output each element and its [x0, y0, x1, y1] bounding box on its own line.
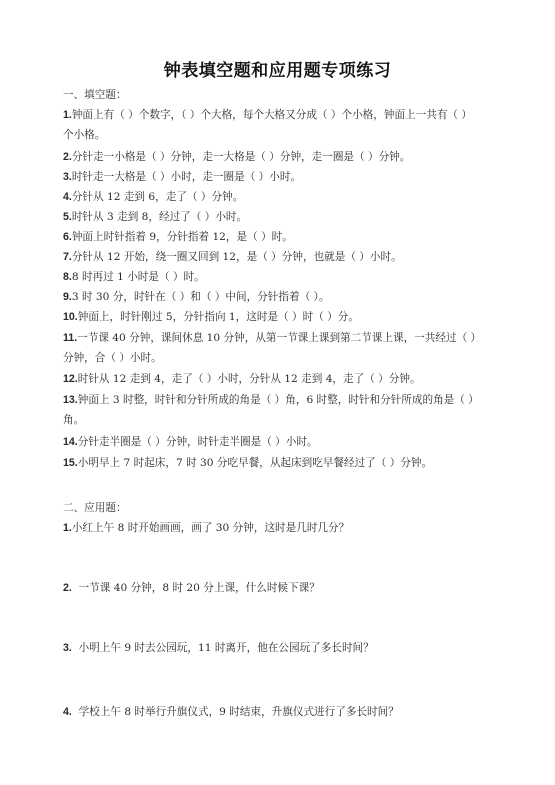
- question-3: 3.时针走一大格是（ ）小时，走一圈是（ ）小时。: [63, 170, 301, 184]
- section-heading-word-problems: 二、应用题：: [63, 501, 127, 515]
- question-text: 3 时 30 分，时针在（ ）和（ ）中间，分针指着（ ）。: [72, 291, 330, 303]
- question-8: 8.8 时再过 1 小时是（ ）时。: [63, 270, 205, 284]
- question-number: 8.: [63, 271, 72, 283]
- question-text: 小红上午 8 时开始画画，画了 30 分钟，这时是几时几分？: [72, 522, 349, 534]
- question-text: 一节课 40 分钟，8 时 20 分上课，什么时候下课？: [72, 582, 320, 594]
- question-text: 分针从 12 开始，绕一圈又回到 12，是（ ）分钟，也就是（ ）小时。: [72, 251, 402, 263]
- worksheet-page: 钟表填空题和应用题专项练习 一、填空题： 1.钟面上有（ ）个数字，（ ）个大格…: [0, 0, 555, 785]
- question-12: 12.时针从 12 走到 4，走了（ ）小时，分针从 12 走到 4，走了（ ）…: [63, 372, 421, 386]
- question-1-continued: 个小格。: [63, 128, 105, 142]
- question-number: 5.: [63, 211, 72, 223]
- question-number: 11.: [63, 332, 77, 344]
- question-number: 6.: [63, 231, 72, 243]
- question-text: 钟面上有（ ）个数字，（ ）个大格，每个大格又分成（ ）个小格，钟面上一共有（ …: [72, 109, 472, 121]
- question-13-continued: 角。: [63, 413, 84, 427]
- question-text: 8 时再过 1 小时是（ ）时。: [72, 271, 205, 283]
- question-number: 7.: [63, 251, 72, 263]
- question-text: 时针从 3 走到 8，经过了（ ）小时。: [72, 211, 247, 223]
- question-number: 2.: [63, 582, 72, 594]
- question-15: 15.小明早上 7 时起床，7 时 30 分吃早餐，从起床到吃早餐经过了（ ）分…: [63, 456, 432, 470]
- question-number: 9.: [63, 291, 72, 303]
- question-text: 钟面上 3 时整，时针和分针所成的角是（ ）角，6 时整，时针和分针所成的角是（…: [78, 394, 479, 406]
- question-text: 一节课 40 分钟，课间休息 10 分钟，从第一节课上课到第二节课上课，一共经过…: [77, 332, 481, 344]
- question-text: 小明上午 9 时去公园玩，11 时离开，他在公园玩了多长时间？: [72, 642, 374, 654]
- question-number: 10.: [63, 311, 78, 323]
- question-text: 分针从 12 走到 6，走了（ ）分钟。: [72, 191, 243, 203]
- word-problem-4: 4. 学校上午 8 时举行升旗仪式，9 时结束，升旗仪式进行了多长时间？: [63, 705, 399, 719]
- word-problem-3: 3. 小明上午 9 时去公园玩，11 时离开，他在公园玩了多长时间？: [63, 641, 374, 655]
- question-14: 14.分针走半圈是（ ）分钟，时针走半圈是（ ）小时。: [63, 435, 318, 449]
- word-problem-2: 2. 一节课 40 分钟，8 时 20 分上课，什么时候下课？: [63, 581, 320, 595]
- question-1: 1.钟面上有（ ）个数字，（ ）个大格，每个大格又分成（ ）个小格，钟面上一共有…: [63, 108, 472, 122]
- question-11: 11.一节课 40 分钟，课间休息 10 分钟，从第一节课上课到第二节课上课，一…: [63, 331, 481, 345]
- question-4: 4.分针从 12 走到 6，走了（ ）分钟。: [63, 190, 243, 204]
- question-6: 6.钟面上时针指着 9，分针指着 12，是（ ）时。: [63, 230, 293, 244]
- question-13: 13.钟面上 3 时整，时针和分针所成的角是（ ）角，6 时整，时针和分针所成的…: [63, 393, 479, 407]
- question-number: 4.: [63, 191, 72, 203]
- question-text: 时针从 12 走到 4，走了（ ）小时，分针从 12 走到 4，走了（ ）分钟。: [78, 373, 421, 385]
- question-number: 1.: [63, 109, 72, 121]
- question-number: 13.: [63, 394, 78, 406]
- question-text: 时针走一大格是（ ）小时，走一圈是（ ）小时。: [72, 171, 301, 183]
- question-11-continued: 分钟，合（ ）小时。: [63, 351, 162, 365]
- question-text: 钟面上，时针刚过 5，分针指向 1，这时是（ ）时（ ）分。: [78, 311, 359, 323]
- question-number: 4.: [63, 706, 72, 718]
- question-7: 7.分针从 12 开始，绕一圈又回到 12，是（ ）分钟，也就是（ ）小时。: [63, 250, 402, 264]
- question-text: 小明早上 7 时起床，7 时 30 分吃早餐，从起床到吃早餐经过了（ ）分钟。: [78, 457, 432, 469]
- question-text: 分针走一小格是（ ）分钟，走一大格是（ ）分钟，走一圈是（ ）分钟。: [72, 151, 411, 163]
- question-number: 3.: [63, 642, 72, 654]
- question-number: 2.: [63, 151, 72, 163]
- question-10: 10.钟面上，时针刚过 5，分针指向 1，这时是（ ）时（ ）分。: [63, 310, 359, 324]
- question-text: 钟面上时针指着 9，分针指着 12，是（ ）时。: [72, 231, 293, 243]
- question-5: 5.时针从 3 走到 8，经过了（ ）小时。: [63, 210, 247, 224]
- question-number: 12.: [63, 373, 78, 385]
- question-text: 学校上午 8 时举行升旗仪式，9 时结束，升旗仪式进行了多长时间？: [72, 706, 399, 718]
- question-number: 1.: [63, 522, 72, 534]
- question-number: 15.: [63, 457, 78, 469]
- question-text: 分针走半圈是（ ）分钟，时针走半圈是（ ）小时。: [78, 436, 318, 448]
- question-number: 14.: [63, 436, 78, 448]
- section-heading-fill-in: 一、填空题：: [63, 88, 127, 102]
- question-9: 9.3 时 30 分，时针在（ ）和（ ）中间，分针指着（ ）。: [63, 290, 329, 304]
- word-problem-1: 1.小红上午 8 时开始画画，画了 30 分钟，这时是几时几分？: [63, 521, 349, 535]
- page-title: 钟表填空题和应用题专项练习: [0, 56, 555, 81]
- question-number: 3.: [63, 171, 72, 183]
- question-2: 2.分针走一小格是（ ）分钟，走一大格是（ ）分钟，走一圈是（ ）分钟。: [63, 150, 410, 164]
